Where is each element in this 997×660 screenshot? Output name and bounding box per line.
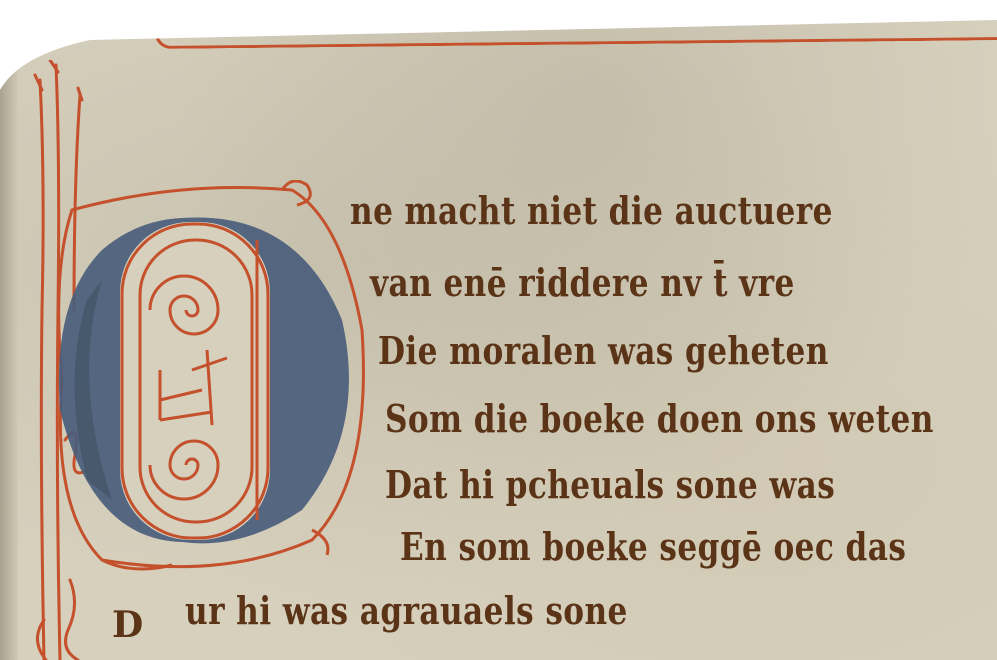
page-edge [0, 60, 18, 660]
verse-line-6: En som boeke seggē oec das [400, 524, 906, 569]
verse-line-4: Som die boeke doen ons weten [385, 396, 934, 441]
verse-line-5: Dat hi pcheuals sone was [385, 462, 835, 507]
manuscript-page: vā enen max ēe ph̄ -keboñe [0, 0, 997, 660]
decorated-initial-D [42, 180, 372, 580]
verse-line-1: ne macht niet die auctuere [350, 188, 833, 233]
verse-line-3: Die moralen was geheten [378, 328, 829, 373]
header-line: vā enen max ēe ph̄ -keboñe [200, 0, 997, 26]
verse-line-2: van enē riddere nv t̄ vre [370, 260, 795, 305]
line-initial-D: D [112, 604, 143, 646]
verse-line-7: ur hi was agrauaels sone [185, 588, 628, 633]
